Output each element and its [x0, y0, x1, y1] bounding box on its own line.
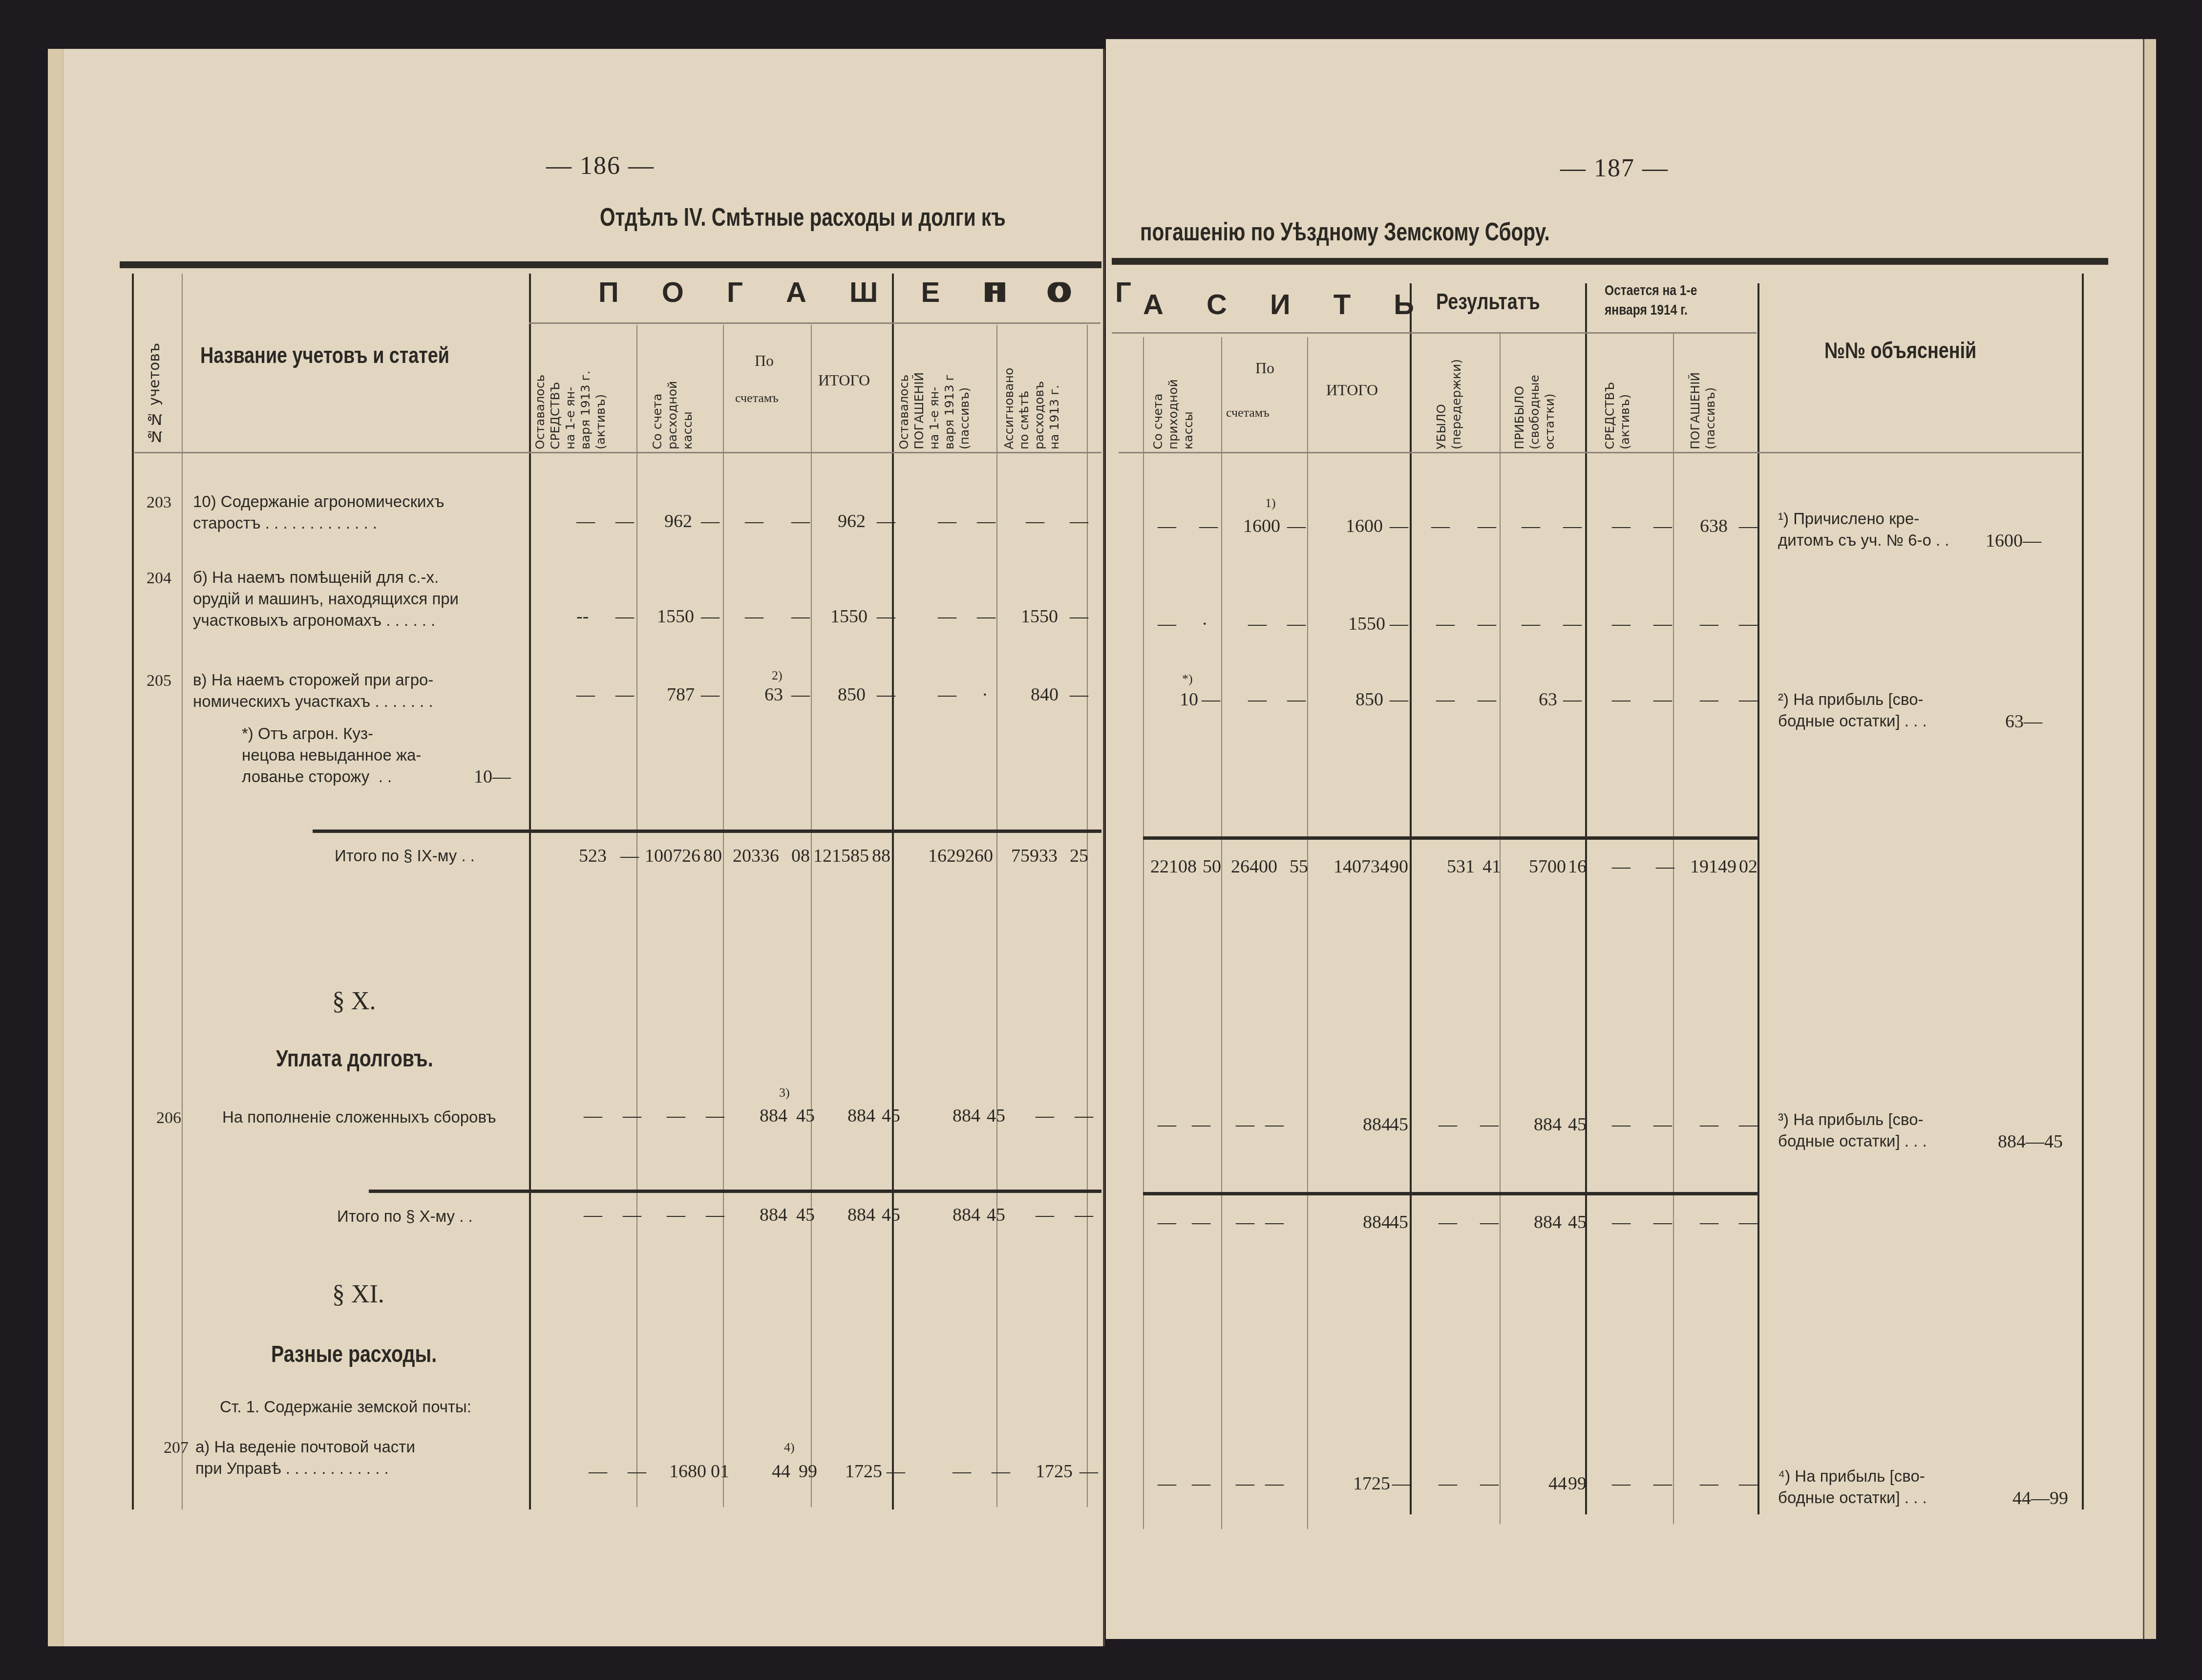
column-divider — [811, 325, 812, 1507]
explanations-header: №№ объясненій — [1824, 337, 1976, 363]
footnote-marker: 4) — [784, 1440, 795, 1455]
cell: — — [1158, 1212, 1176, 1233]
cell: 638 — [1700, 515, 1728, 537]
cell: 45 — [1390, 1114, 1408, 1135]
cell: — — [977, 510, 995, 532]
cell: 1725 — [1036, 1461, 1073, 1482]
cell: 19149 — [1690, 856, 1736, 877]
column-divider — [1307, 337, 1308, 1529]
cell: — — [1612, 1114, 1630, 1135]
total-rule — [313, 829, 1101, 833]
cell: — — [1563, 515, 1582, 537]
cell: — — [1431, 515, 1450, 537]
cell: 22108 — [1150, 856, 1197, 877]
total-label: Итого по § IX-му . . — [335, 845, 475, 867]
cell: 140734 — [1334, 856, 1389, 877]
column-divider — [892, 274, 894, 1510]
cell: 45 — [1568, 1114, 1587, 1135]
col-header-assets: СРЕДСТВЪ (активъ) — [1602, 337, 1632, 449]
column-divider — [996, 325, 997, 1507]
cell: — — [745, 510, 763, 532]
cell: 02 — [1739, 856, 1757, 877]
cell: — — [1612, 856, 1630, 877]
cell: — — [1390, 689, 1408, 710]
row-number: 207 — [164, 1439, 189, 1457]
row-number: 205 — [147, 672, 171, 690]
cell: — — [791, 510, 810, 532]
row-description: 10) Содержаніе агрономическихъ старостъ … — [193, 491, 445, 534]
cell: — — [576, 510, 595, 532]
cell: — — [1392, 1473, 1411, 1494]
section-sign-x: § X. — [332, 987, 376, 1016]
cell: — — [589, 1461, 607, 1482]
cell: — — [615, 684, 634, 705]
row-description: На пополненіе сложенныхъ сборовъ — [222, 1106, 496, 1128]
cell: — — [887, 1461, 905, 1482]
cell: — — [615, 606, 634, 627]
cell: 16 — [1568, 856, 1587, 877]
cell: — — [877, 510, 895, 532]
section-title-continued: погашенію по Уѣздному Земскому Сбору. — [1140, 217, 1550, 247]
group-header-result: Результатъ — [1436, 288, 1540, 315]
cell: — — [1390, 613, 1408, 635]
cell: — — [628, 1461, 646, 1482]
col-header-remained-assets: Оставалось СРЕДСТВЪ на 1-е ян- варя 1913… — [532, 332, 608, 449]
cell: — — [745, 606, 763, 627]
cell: 523 — [579, 845, 607, 867]
explanation-note: ²) На прибыль [сво- бодные остатки] . . … — [1778, 689, 1927, 732]
column-divider — [1143, 337, 1144, 1529]
name-column-header: Название учетовъ и статей — [200, 342, 449, 368]
cell: 884 — [847, 1105, 875, 1127]
page-number: — 186 — — [546, 151, 655, 180]
cell: 44 — [772, 1461, 790, 1482]
col-header-by-accounts-2: счетамъ — [735, 391, 779, 405]
cell: · — [1202, 613, 1208, 635]
cell: — — [1158, 1114, 1176, 1135]
cell: — — [938, 684, 956, 705]
cell: — — [1236, 1212, 1254, 1233]
cell: — — [1480, 1212, 1499, 1233]
cell: 840 — [1031, 684, 1059, 705]
footnote-marker: *) — [1182, 672, 1193, 686]
cell: 41 — [1482, 856, 1501, 877]
cell: — — [1199, 515, 1218, 537]
cell: 55 — [1290, 856, 1308, 877]
cell: 45 — [796, 1204, 815, 1226]
column-divider — [1221, 337, 1222, 1529]
col-header-profit: ПРИБЫЛО (свободные остатки) — [1512, 337, 1557, 449]
section-name-x: Уплата долговъ. — [276, 1045, 433, 1072]
col-header-loss: УБЫЛО (передержки) — [1434, 337, 1464, 449]
cell: — — [1070, 684, 1088, 705]
column-divider — [723, 325, 724, 1507]
cell: — — [706, 1204, 724, 1226]
cell: — — [1036, 1204, 1054, 1226]
cell: 121585 — [813, 845, 869, 867]
explanation-value: 44—99 — [2012, 1488, 2068, 1509]
table-border — [132, 274, 134, 1510]
cell: 962 — [838, 510, 866, 532]
group-header-to-pay-rest: А С И Т Ь — [1143, 288, 1432, 321]
cell: 01 — [711, 1461, 729, 1482]
cell: — — [584, 1204, 602, 1226]
cell: — — [1080, 1461, 1098, 1482]
column-divider — [1757, 283, 1759, 1514]
section-title: Отдѣлъ IV. Смѣтные расходы и долги къ — [600, 203, 1006, 232]
cell: — — [706, 1105, 724, 1127]
explanation-note: ³) На прибыль [сво- бодные остатки] . . … — [1778, 1109, 1927, 1152]
cell: 884 — [847, 1204, 875, 1226]
header-divider — [529, 322, 1101, 324]
cell: 16292 — [928, 845, 974, 867]
cell: 850 — [1355, 689, 1383, 710]
cell: 26400 — [1231, 856, 1277, 877]
cell: — — [1700, 1473, 1718, 1494]
cell: — — [877, 606, 895, 627]
cell: — — [1436, 689, 1455, 710]
cell: — — [701, 606, 720, 627]
cell: 962 — [664, 510, 692, 532]
column-divider — [1673, 332, 1674, 1524]
cell: — — [1248, 689, 1267, 710]
cell: — — [1287, 515, 1306, 537]
column-divider — [636, 325, 637, 1507]
footnote-star-value: 10— — [474, 766, 511, 787]
cell: — — [1612, 689, 1630, 710]
cell: — — [667, 1204, 685, 1226]
cell: — — [1390, 515, 1408, 537]
cell: — — [1075, 1105, 1093, 1127]
cell: — — [1248, 613, 1267, 635]
cell: -- — [576, 606, 589, 627]
total-rule — [1143, 1192, 1758, 1195]
page-number: — 187 — — [1560, 154, 1669, 183]
cell: — — [1739, 689, 1757, 710]
cell: 20336 — [733, 845, 779, 867]
cell: — — [953, 1461, 971, 1482]
cell: — — [1653, 515, 1672, 537]
cell: — — [1656, 856, 1674, 877]
top-rule — [120, 261, 1101, 268]
cell: 850 — [838, 684, 866, 705]
cell: 99 — [799, 1461, 817, 1482]
cell: — — [1480, 1473, 1499, 1494]
total-label: Итого по § X-му . . — [337, 1206, 473, 1227]
cell: — — [1739, 1114, 1757, 1135]
cell: 531 — [1447, 856, 1475, 877]
cell: — — [1036, 1105, 1054, 1127]
cell: 787 — [667, 684, 695, 705]
cell: — — [1439, 1473, 1457, 1494]
cell: — — [992, 1461, 1010, 1482]
cell: — — [1265, 1114, 1284, 1135]
cell: — — [1653, 1473, 1672, 1494]
cell: 63 — [764, 684, 783, 705]
total-rule — [1143, 836, 1758, 840]
page-edge — [2143, 39, 2156, 1639]
cell: — — [1700, 613, 1718, 635]
footnote-marker: 1) — [1265, 496, 1276, 510]
row-number: 203 — [147, 493, 171, 512]
cell: — — [1192, 1212, 1210, 1233]
cell: — — [1522, 613, 1540, 635]
explanation-value: 1600— — [1986, 530, 2041, 552]
cell: 45 — [1390, 1212, 1408, 1233]
cell: — — [1439, 1114, 1457, 1135]
cell: 60 — [974, 845, 993, 867]
cell: — — [1236, 1114, 1254, 1135]
cell: — — [1522, 515, 1540, 537]
col-header-income-cash: Со счета приходной кассы — [1150, 352, 1196, 449]
column-divider — [1500, 332, 1501, 1524]
cell: — — [1700, 1212, 1718, 1233]
cell: 63 — [1539, 689, 1557, 710]
cell: — — [1202, 689, 1220, 710]
footnote-star: *) Отъ агрон. Куз- нецова невыданное жа-… — [242, 723, 421, 787]
col-header-remained-debts: Оставалось ПОГАШЕНІЙ на 1-е ян- варя 191… — [896, 332, 972, 449]
cell: — — [620, 845, 639, 867]
footnote-marker: 3) — [779, 1085, 790, 1100]
col-header-expense-cash: Со счета расходной кассы — [650, 332, 695, 449]
group-header-to-pay: П О Г — [987, 276, 1149, 309]
cell: — — [1439, 1212, 1457, 1233]
cell: 45 — [796, 1105, 815, 1127]
cell: — — [1158, 1473, 1176, 1494]
cell: — — [1265, 1212, 1284, 1233]
cell: 884 — [1534, 1212, 1562, 1233]
cell: — — [1192, 1473, 1210, 1494]
cell: — — [623, 1204, 641, 1226]
cell: — — [1478, 613, 1496, 635]
cell: — — [1612, 515, 1630, 537]
cell: 90 — [1390, 856, 1408, 877]
cell: 1680 — [669, 1461, 706, 1482]
col-header-by-accounts: По — [1255, 359, 1274, 377]
cell: 884 — [1534, 1114, 1562, 1135]
section-sign-xi: § XI. — [332, 1280, 384, 1309]
cell: — — [1739, 613, 1757, 635]
cell: — — [791, 684, 810, 705]
col-header-total: ИТОГО — [818, 371, 870, 389]
cell: 1725 — [1353, 1473, 1390, 1494]
cell: — — [615, 510, 634, 532]
table-border — [2082, 274, 2084, 1510]
cell: — — [1026, 510, 1044, 532]
cell: — — [1287, 613, 1306, 635]
col-header-by-accounts: По — [755, 352, 774, 370]
account-number-header: №№ учетовъ — [147, 313, 163, 445]
cell: — — [1070, 510, 1088, 532]
cell: 1550 — [830, 606, 868, 627]
column-divider — [182, 274, 183, 1510]
page-edge — [48, 49, 64, 1646]
row-description: в) На наемъ сторожей при агро- номически… — [193, 669, 433, 712]
total-rule — [369, 1190, 1101, 1193]
cell: — — [1653, 1212, 1672, 1233]
cell: — — [1563, 689, 1582, 710]
cell: — — [1158, 515, 1176, 537]
row-description: б) На наемъ помѣщеній для с.-х. орудій и… — [193, 567, 459, 631]
cell: — — [584, 1105, 602, 1127]
cell: 75933 — [1011, 845, 1058, 867]
cell: 45 — [987, 1105, 1005, 1127]
cell: — — [1478, 689, 1496, 710]
cell: — — [1739, 515, 1757, 537]
cell: — — [977, 606, 995, 627]
cell: 1550 — [657, 606, 694, 627]
row-number: 204 — [147, 569, 171, 588]
cell: — — [1265, 1473, 1284, 1494]
cell: — — [1436, 613, 1455, 635]
cell: — — [1739, 1473, 1757, 1494]
top-rule — [1112, 258, 2108, 265]
cell: — — [701, 684, 720, 705]
cell: — — [701, 510, 720, 532]
cell: 100726 — [645, 845, 700, 867]
cell: 99 — [1568, 1473, 1587, 1494]
cell: — — [1653, 689, 1672, 710]
cell: 884 — [760, 1105, 787, 1127]
cell: 1600 — [1243, 515, 1280, 537]
cell: 884 — [953, 1105, 980, 1127]
cell: 45 — [1568, 1212, 1587, 1233]
cell: — — [1478, 515, 1496, 537]
cell: 88 — [872, 845, 890, 867]
cell: — — [877, 684, 895, 705]
cell: 1600 — [1346, 515, 1383, 537]
row-description: а) На веденіе почтовой части при Управѣ … — [195, 1436, 415, 1479]
cell: — — [1563, 613, 1582, 635]
cell: 5700 — [1529, 856, 1566, 877]
cell: — — [1075, 1204, 1093, 1226]
cell: — — [1653, 613, 1672, 635]
cell: — — [1070, 606, 1088, 627]
group-header-remains: Остается на 1-е января 1914 г. — [1605, 281, 1697, 320]
cell: 44 — [1548, 1473, 1567, 1494]
cell: — — [1612, 1473, 1630, 1494]
explanation-value: 884—45 — [1998, 1131, 2063, 1152]
row-number: 206 — [156, 1109, 181, 1127]
footnote-marker: 2) — [772, 668, 783, 683]
cell: 45 — [987, 1204, 1005, 1226]
cell: — — [623, 1105, 641, 1127]
section-name-xi: Разные расходы. — [271, 1341, 437, 1368]
cell: — — [1739, 1212, 1757, 1233]
cell: 1550 — [1021, 606, 1058, 627]
cell: — — [1612, 1212, 1630, 1233]
cell: — — [1192, 1114, 1210, 1135]
header-divider — [1112, 332, 1757, 334]
cell: — — [667, 1105, 685, 1127]
cell: 884 — [1363, 1212, 1391, 1233]
column-divider — [1087, 325, 1088, 1507]
cell: 884 — [1363, 1114, 1391, 1135]
cell: — — [938, 606, 956, 627]
col-header-by-accounts-2: счетамъ — [1226, 405, 1270, 420]
cell: — — [1158, 613, 1176, 635]
explanation-note: ¹) Причислено кре- дитомъ съ уч. № 6-о .… — [1778, 508, 1949, 551]
cell: 884 — [953, 1204, 980, 1226]
header-bottom-rule — [134, 452, 1101, 453]
cell: — — [1236, 1473, 1254, 1494]
cell: 45 — [882, 1105, 900, 1127]
cell: 50 — [1203, 856, 1221, 877]
column-divider — [1585, 283, 1587, 1514]
cell: — — [1653, 1114, 1672, 1135]
header-bottom-rule — [1119, 452, 2081, 453]
cell: — — [1700, 1114, 1718, 1135]
cell: — — [1480, 1114, 1499, 1135]
column-divider — [1410, 283, 1412, 1514]
cell: — — [1612, 613, 1630, 635]
cell: 884 — [760, 1204, 787, 1226]
col-header-total: ИТОГО — [1326, 381, 1378, 399]
cell: 08 — [791, 845, 810, 867]
cell: 1550 — [1348, 613, 1385, 635]
cell: 45 — [882, 1204, 900, 1226]
cell: 25 — [1070, 845, 1088, 867]
col-header-debts: ПОГАШЕНІЙ (пассивъ) — [1688, 337, 1718, 449]
cell: — — [1287, 689, 1306, 710]
explanation-note: ⁴) На прибыль [сво- бодные остатки] . . … — [1778, 1466, 1927, 1509]
col-header-assigned: Ассигновано по смѣтѣ расходовъ на 1913 г… — [1001, 332, 1062, 449]
cell: — — [576, 684, 595, 705]
explanation-value: 63— — [2005, 711, 2042, 732]
column-divider — [529, 274, 531, 1510]
cell: — — [791, 606, 810, 627]
subsection-label: Ст. 1. Содержаніе земской почты: — [220, 1396, 471, 1418]
cell: 10 — [1180, 689, 1198, 710]
cell: · — [982, 684, 988, 705]
cell: — — [1700, 689, 1718, 710]
cell: 80 — [703, 845, 722, 867]
cell: 1725 — [845, 1461, 882, 1482]
cell: — — [938, 510, 956, 532]
